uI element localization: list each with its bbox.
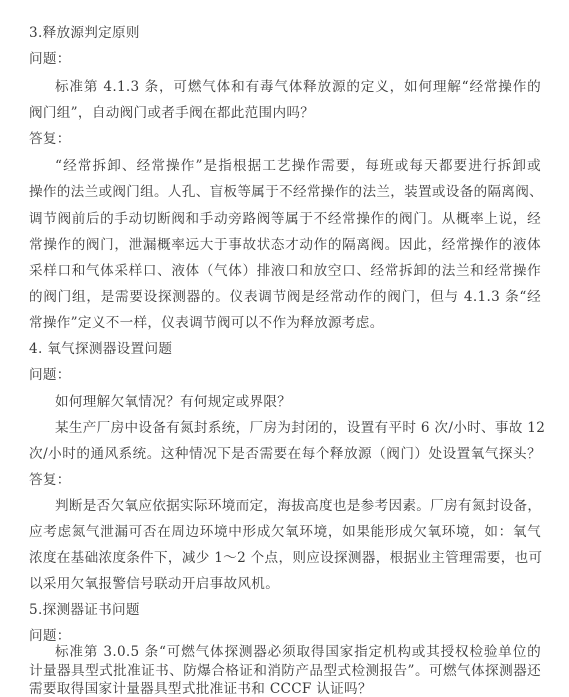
document-page: 3.释放源判定原则 问题： 标准第 4.1.3 条，可燃气体和有毒气体释放源的定… <box>0 0 569 697</box>
question-text: 阀门组”，自动阀门或者手阀在都此范围内吗？ <box>29 104 314 122</box>
answer-text: 浓度在基础浓度条件下，减少 1～2 个点，则应设探测器，根据业主管理需要，也可 <box>29 549 541 567</box>
answer-text: 的阀门组，是需要设探测器的。仪表调节阀是经常动作的阀门，但与 4.1.3 条“经 <box>29 288 541 306</box>
answer-text: 采样口和气体采样口、液体（气体）排液口和放空口、经常拆卸的法兰和经常操作 <box>29 262 541 280</box>
section-heading: 5.探测器证书问题 <box>29 601 140 619</box>
answer-text: 应考虑氮气泄漏可否在周边环境中形成欠氧环境，如果能形成欠氧环境，如：氧气 <box>29 523 541 541</box>
answer-text: 调节阀前后的手动切断阀和手动旁路阀等属于不经常操作的阀门。从概率上说，经 <box>29 210 541 228</box>
answer-label: 答复： <box>29 471 71 489</box>
question-text: 某生产厂房中设备有氮封系统，厂房为封闭的，设置有平时 6 次/小时、事故 12 <box>55 419 541 437</box>
section-heading: 4. 氧气探测器设置问题 <box>29 340 172 358</box>
question-text: 标准第 3.0.5 条“可燃气体探测器必须取得国家指定机构或其授权检验单位的 <box>55 643 541 661</box>
answer-label: 答复： <box>29 130 71 148</box>
answer-text: 操作的法兰或阀门组。人孔、盲板等属于不经常操作的法兰，装置或设备的隔离阀、 <box>29 183 541 201</box>
question-text: 次/小时的通风系统。这种情况下是否需要在每个释放源（阀门）处设置氧气探头？ <box>29 445 541 463</box>
question-text: 需要取得国家计量器具型式批准证书和 CCCF 认证吗？ <box>29 680 372 697</box>
section-heading: 3.释放源判定原则 <box>29 24 140 42</box>
question-label: 问题： <box>29 366 71 384</box>
answer-text: “经常拆卸、经常操作”是指根据工艺操作需要，每班或每天都要进行拆卸或 <box>55 157 541 175</box>
answer-text: 常操作的阀门，泄漏概率远大于事故状态才动作的隔离阀。因此，经常操作的液体 <box>29 236 541 254</box>
answer-text: 以采用欠氧报警信号联动开启事故风机。 <box>29 575 279 593</box>
question-text: 如何理解欠氧情况？有何规定或界限？ <box>55 393 291 411</box>
answer-text: 判断是否欠氧应依据实际环境而定，海拔高度也是参考因素。厂房有氮封设备， <box>55 497 541 515</box>
question-label: 问题： <box>29 50 71 68</box>
question-text: 计量器具型式批准证书、防爆合格证和消防产品型式检测报告”。可燃气体探测器还 <box>29 662 541 680</box>
question-text: 标准第 4.1.3 条，可燃气体和有毒气体释放源的定义，如何理解“经常操作的 <box>55 78 541 96</box>
answer-text: 常操作”定义不一样，仪表调节阀可以不作为释放源考虑。 <box>29 314 384 332</box>
